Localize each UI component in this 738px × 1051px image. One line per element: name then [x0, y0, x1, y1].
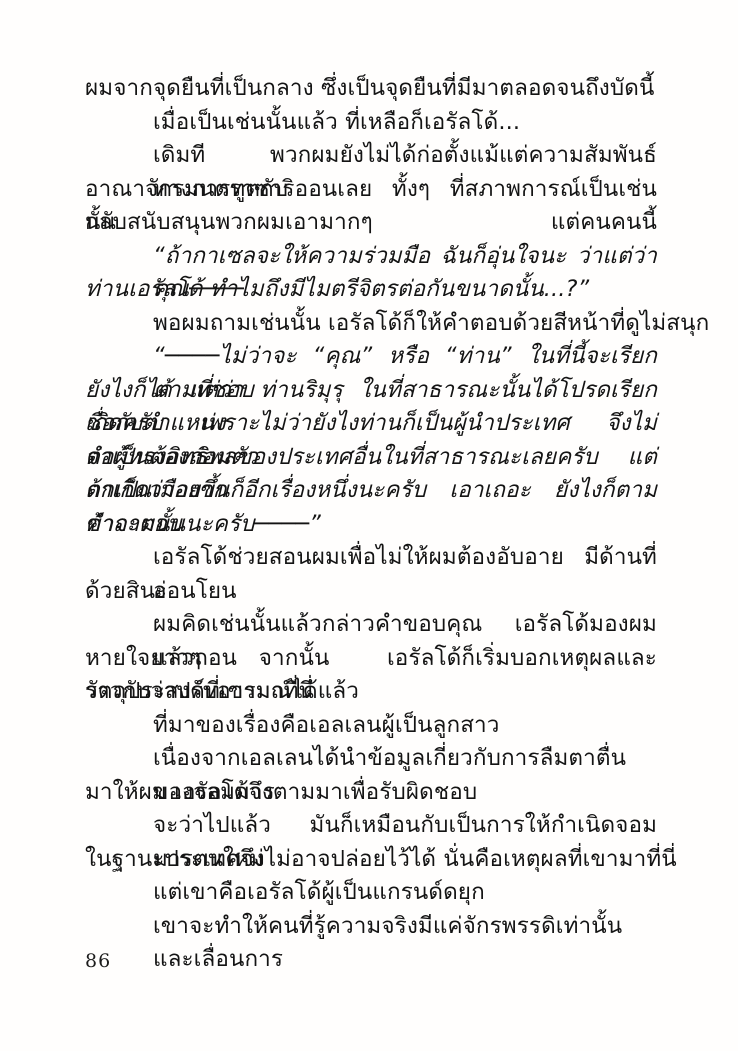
text-line: ราวกับว่าปรับอารมณ์ได้แล้ว [85, 675, 657, 709]
text-line: หายใจยาวๆ จากนั้น เอรัลโด้ก็เริ่มบอกเหตุ… [85, 642, 657, 676]
page-number: 86 [85, 950, 111, 972]
text-line: ในฐานะประเทศจึงไม่อาจปล่อยไว้ได้ นั่นคือ… [85, 843, 657, 877]
text-line: มาให้ผม เอรัลโด้จึงตามมาเพื่อรับผิดชอบ [85, 776, 657, 810]
text-line: พอผมถามเช่นนั้น เอรัลโด้ก็ให้คำตอบด้วยสี… [85, 307, 657, 341]
text-line: จะว่าไปแล้ว มันก็เหมือนกับเป็นการให้กำเน… [85, 809, 657, 843]
text-line: ผมคิดเช่นนั้นแล้วกล่าวคำขอบคุณ เอรัลโด้ม… [85, 608, 657, 642]
text-line: คำถามนั้นนะครับ────” [85, 508, 657, 542]
text-line: “ถ้ากาเซลจะให้ความร่วมมือ ฉันก็อุ่นใจนะ … [85, 240, 657, 274]
text-line: ผมจากจุดยืนที่เป็นกลาง ซึ่งเป็นจุดยืนที่… [85, 72, 657, 106]
text-line: ยังไงก็ได้ แต่ว่า ท่านริมุรุ ในที่สาธารณ… [85, 374, 657, 408]
text-lines: ผมจากจุดยืนที่เป็นกลาง ซึ่งเป็นจุดยืนที่… [85, 72, 657, 943]
book-page: ผมจากจุดยืนที่เป็นกลาง ซึ่งเป็นจุดยืนที่… [0, 0, 738, 1051]
text-line: ท่านเอรัลโด้ ทำไมถึงมีไมตรีจิตรต่อกันขนา… [85, 273, 657, 307]
text-line: เมื่อเป็นเช่นนั้นแล้ว ที่เหลือก็เอรัลโด้… [85, 106, 657, 140]
text-line: เถิดครับ เพราะไม่ว่ายังไงท่านก็เป็นผู้นำ… [85, 407, 657, 441]
text-line: เนื่องจากเอลเลนได้นำข้อมูลเกี่ยวกับการลื… [85, 742, 657, 776]
text-line: เดิมที พวกผมยังไม่ได้ก่อตั้งแม้แต่ความสั… [85, 139, 657, 173]
text-line: ที่มาของเรื่องคือเอลเลนผู้เป็นลูกสาว [85, 709, 657, 743]
text-line: ต่อผู้ทรงอิทธิพลของประเทศอื่นในที่สาธารณ… [85, 441, 657, 475]
text-line: อาณาจักรมนตราซาริออนเลย ทั้งๆ ที่สภาพการ… [85, 173, 657, 207]
text-line: แต่เขาคือเอรัลโด้ผู้เป็นแกรนด์ดยุก [85, 876, 657, 910]
text-line: เอรัลโด้ช่วยสอนผมเพื่อไม่ให้ผมต้องอับอาย… [85, 541, 657, 575]
text-line: ตกเป็นเมืองขึ้นก็อีกเรื่องหนึ่งนะครับ เอ… [85, 474, 657, 508]
text-line: เขาจะทำให้คนที่รู้ความจริงมีแค่จักรพรรดิ… [85, 910, 657, 944]
text-line: “────ไม่ว่าจะ “คุณ” หรือ “ท่าน” ในที่นี้… [85, 340, 657, 374]
